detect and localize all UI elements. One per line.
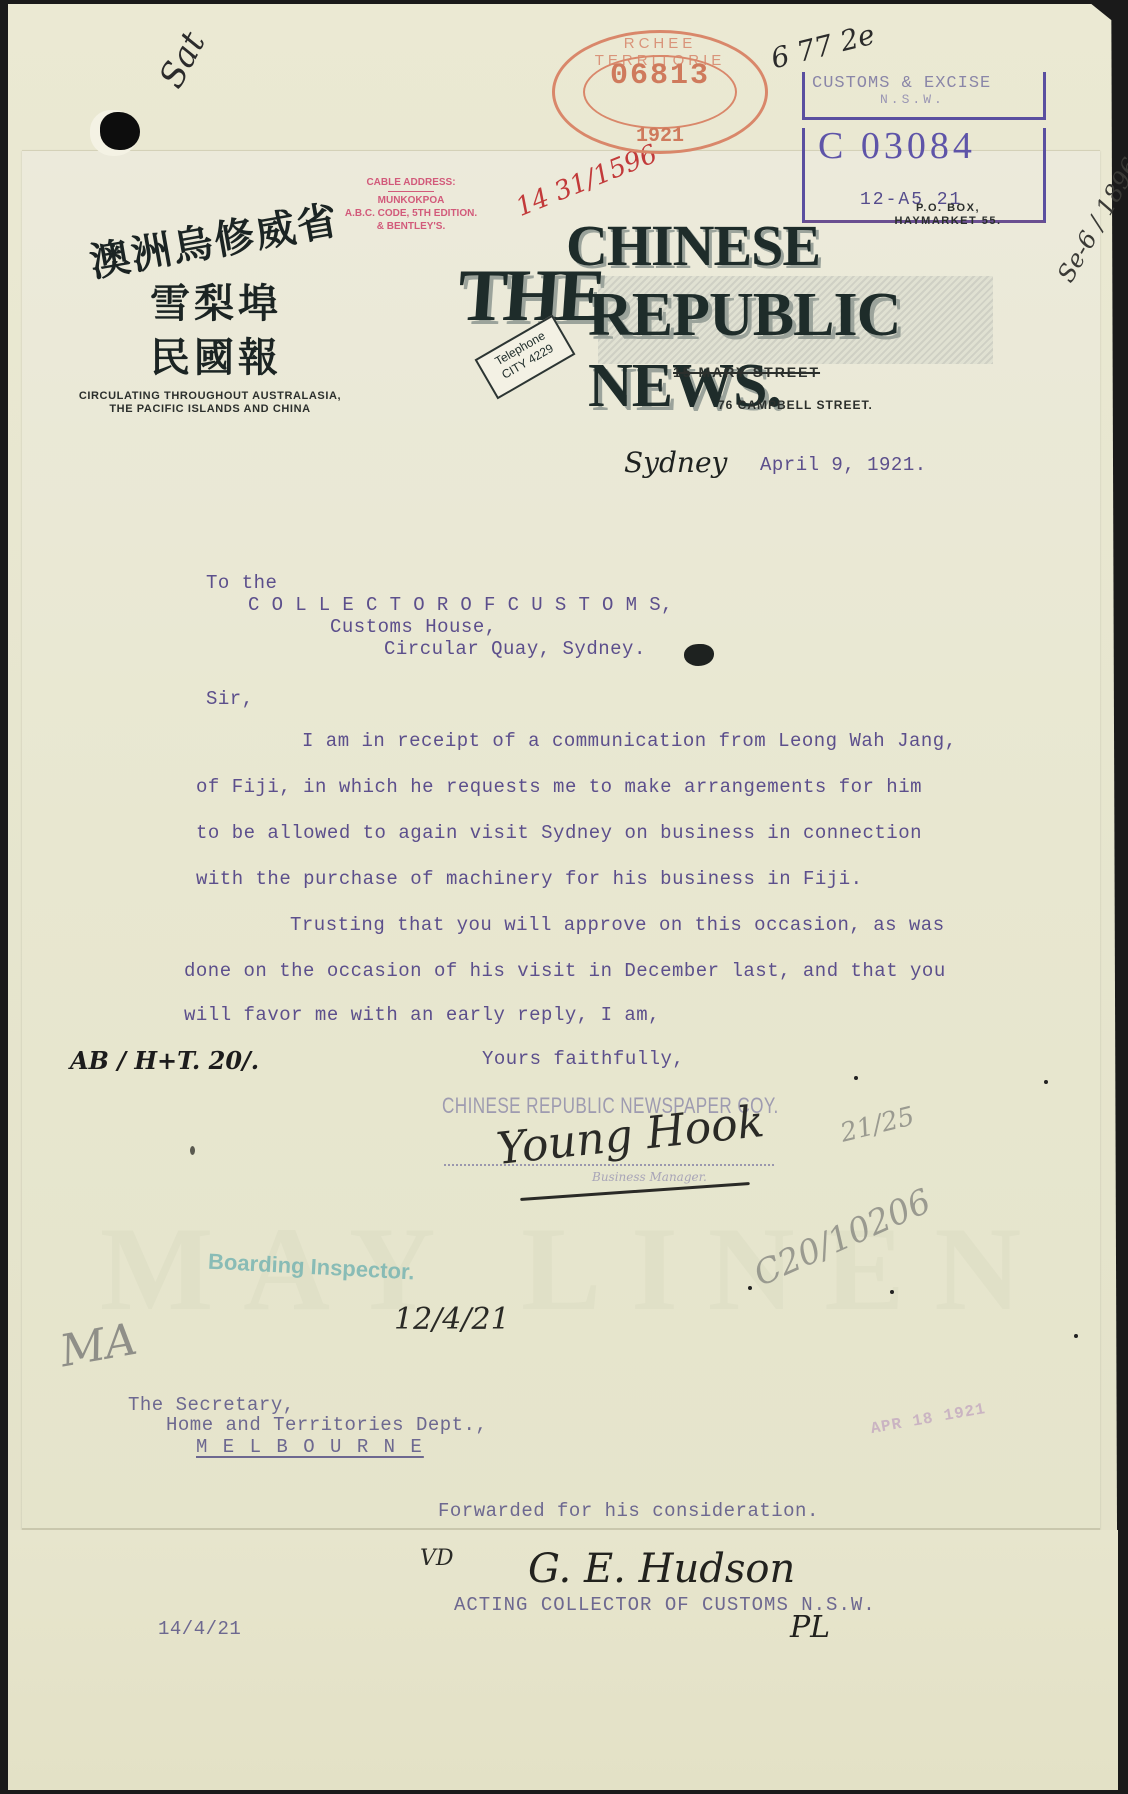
forward-to-city: M E L B O U R N E <box>196 1436 424 1458</box>
masthead-logo: THE CHINESE REPUBLIC NEWS. Telephone CIT… <box>458 214 1018 384</box>
speck <box>854 1076 858 1080</box>
body-line-7: will favor me with an early reply, I am, <box>184 1004 660 1026</box>
salutation: Sir, <box>206 688 254 710</box>
po-box-line1: P.O. BOX, <box>848 202 1048 215</box>
body-line-3: to be allowed to again visit Sydney on b… <box>196 822 922 844</box>
customs-stamp-subtitle: N.S.W. <box>880 92 945 107</box>
scanned-document: Sat 6 77 2e 14 31/1596 Se-6 / 1896 2e RC… <box>0 0 1128 1794</box>
letter-place: Sydney <box>624 446 727 479</box>
speck <box>1044 1080 1048 1084</box>
red-stamp-number: 06813 <box>555 59 765 93</box>
po-box-line2: HAYMARKET 55. <box>848 215 1048 228</box>
addressee-line1: To the <box>206 572 277 594</box>
addressee-line2: C O L L E C T O R O F C U S T O M S, <box>248 594 673 616</box>
signature-dotted-line <box>444 1164 774 1166</box>
signatory-title: Business Manager. <box>592 1170 707 1184</box>
endorsement-date: 14/4/21 <box>158 1618 241 1640</box>
circulation-line1: CIRCULATING THROUGHOUT AUSTRALASIA, <box>40 390 380 403</box>
customs-stamp-title: CUSTOMS & EXCISE <box>812 74 991 93</box>
addressee-line3: Customs House, <box>330 616 497 638</box>
letter-date: April 9, 1921. <box>760 454 927 476</box>
street-address: 76 CAMPBELL STREET. <box>718 398 873 412</box>
po-box-block: P.O. BOX, HAYMARKET 55. <box>848 202 1048 228</box>
circulation-line2: THE PACIFIC ISLANDS AND CHINA <box>40 403 380 416</box>
speck <box>190 1146 195 1155</box>
forward-to-line2: Home and Territories Dept., <box>166 1414 487 1436</box>
chinese-masthead-line2: 雪梨埠 <box>150 272 282 329</box>
chinese-masthead-line3: 民國報 <box>150 326 282 383</box>
punch-hole <box>100 112 140 150</box>
speck <box>1074 1334 1078 1338</box>
cable-label: CABLE ADDRESS: <box>326 176 496 189</box>
masthead-chinese: CHINESE <box>566 212 820 279</box>
body-line-2: of Fiji, in which he requests me to make… <box>196 776 922 798</box>
inspector-date: 12/4/21 <box>394 1302 510 1337</box>
customs-stamp-number: C 03084 <box>818 124 976 168</box>
forwarded-note: Forwarded for his consideration. <box>438 1500 819 1522</box>
circulation-tagline: CIRCULATING THROUGHOUT AUSTRALASIA, THE … <box>40 390 380 416</box>
annotation-left-margin: AB / H+T. 20/. <box>70 1048 259 1074</box>
addressee-line4: Circular Quay, Sydney. <box>384 638 646 660</box>
speck <box>890 1290 894 1294</box>
body-line-6: done on the occasion of his visit in Dec… <box>184 960 946 982</box>
annotation-bottom-initial: PL <box>790 1610 830 1645</box>
speck <box>748 1286 752 1290</box>
red-stamp-year: 1921 <box>555 125 765 148</box>
annotation-forward-initial: VD <box>420 1546 454 1571</box>
body-line-1: I am in receipt of a communication from … <box>302 730 957 752</box>
body-line-4: with the purchase of machinery for his b… <box>196 868 863 890</box>
old-address-struck: 15 MARY STREET <box>673 364 820 380</box>
cable-divider <box>388 191 434 192</box>
closing: Yours faithfully, <box>482 1048 684 1070</box>
body-line-5: Trusting that you will approve on this o… <box>290 914 945 936</box>
cable-code: MUNKOKPOA <box>326 194 496 207</box>
forward-to-line1: The Secretary, <box>128 1394 295 1416</box>
red-oval-stamp: RCHEE TERRITORIE 06813 1921 <box>552 30 768 154</box>
signature-hudson: G. E. Hudson <box>528 1546 795 1592</box>
